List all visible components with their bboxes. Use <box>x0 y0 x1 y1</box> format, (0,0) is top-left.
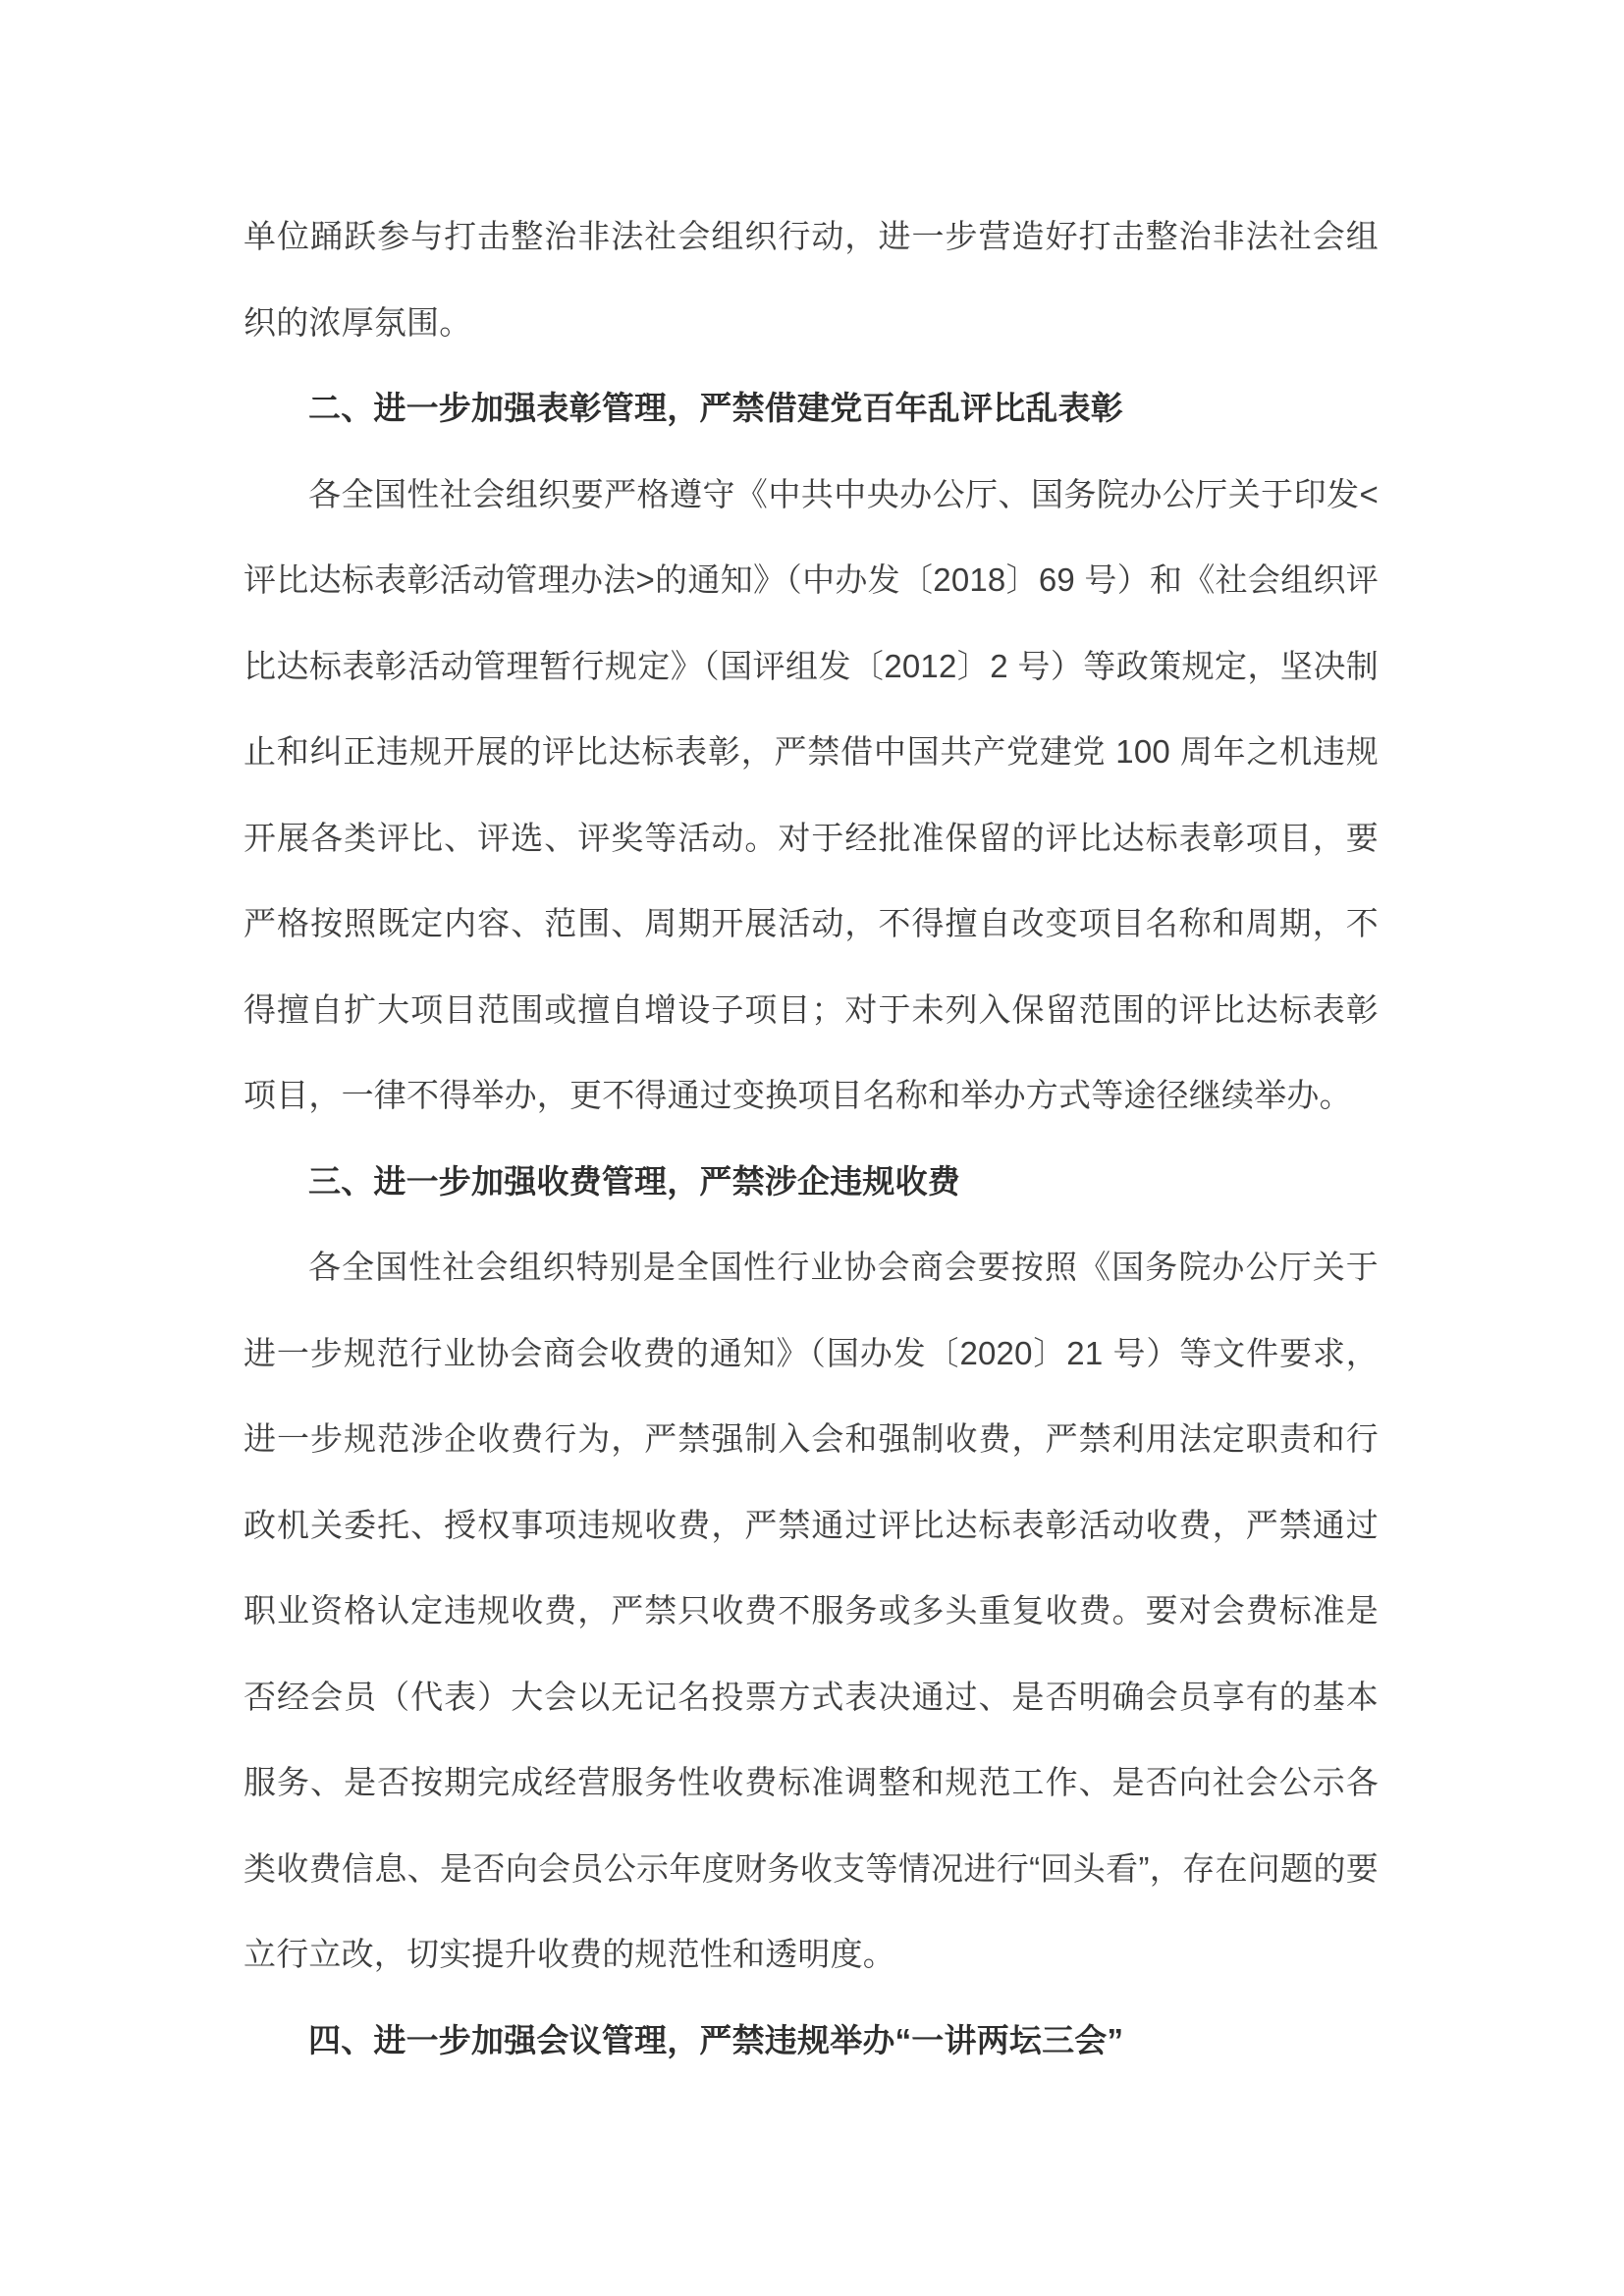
section-heading-4: 四、进一步加强会议管理，严禁违规举办“一讲两坛三会” <box>244 1998 1379 2084</box>
paragraph-continuation: 单位踊跃参与打击整治非法社会组织行动，进一步营造好打击整治非法社会组织的浓厚氛围… <box>244 193 1379 365</box>
paragraph-section-2: 各全国性社会组织要严格遵守《中共中央办公厅、国务院办公厅关于印发<评比达标表彰活… <box>244 452 1379 1139</box>
document-page: 单位踊跃参与打击整治非法社会组织行动，进一步营造好打击整治非法社会组织的浓厚氛围… <box>0 0 1624 2296</box>
document-content: 单位踊跃参与打击整治非法社会组织行动，进一步营造好打击整治非法社会组织的浓厚氛围… <box>244 193 1379 2083</box>
paragraph-section-3: 各全国性社会组织特别是全国性行业协会商会要按照《国务院办公厅关于进一步规范行业协… <box>244 1224 1379 1998</box>
section-heading-3: 三、进一步加强收费管理，严禁涉企违规收费 <box>244 1139 1379 1225</box>
section-heading-2: 二、进一步加强表彰管理，严禁借建党百年乱评比乱表彰 <box>244 365 1379 452</box>
